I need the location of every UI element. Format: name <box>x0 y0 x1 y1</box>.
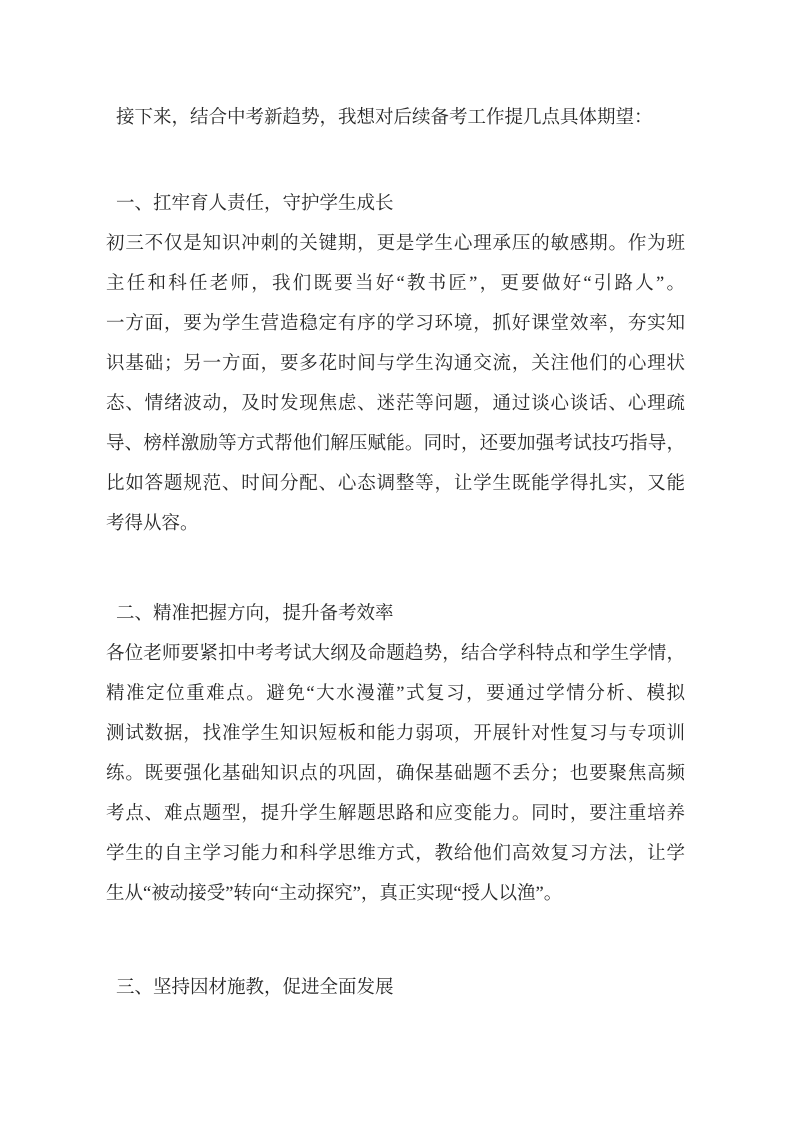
section-gap <box>106 544 685 594</box>
body-line-paragraph-end: 生从“被动接受”转向“主动探究”，真正实现“授人以渔”。 <box>106 874 685 914</box>
document-page: 接下来，结合中考新趋势，我想对后续备考工作提几点具体期望： 一、扛牢育人责任，守… <box>0 0 793 1122</box>
section-gap <box>106 914 685 968</box>
body-line: 考点、难点题型，提升学生解题思路和应变能力。同时，要注重培养 <box>106 794 685 834</box>
body-line: 初三不仅是知识冲刺的关键期，更是学生心理承压的敏感期。作为班 <box>106 224 685 264</box>
body-line: 各位老师要紧扣中考考试大纲及命题趋势，结合学科特点和学生学情， <box>106 634 685 674</box>
section-1-heading: 一、扛牢育人责任，守护学生成长 <box>106 184 685 224</box>
body-line: 识基础；另一方面，要多花时间与学生沟通交流，关注他们的心理状 <box>106 344 685 384</box>
section-3-heading: 三、坚持因材施教，促进全面发展 <box>106 968 685 1008</box>
body-line-paragraph-end: 考得从容。 <box>106 504 685 544</box>
body-line: 导、榜样激励等方式帮他们解压赋能。同时，还要加强考试技巧指导， <box>106 424 685 464</box>
body-line: 学生的自主学习能力和科学思维方式，教给他们高效复习方法，让学 <box>106 834 685 874</box>
body-line: 测试数据，找准学生知识短板和能力弱项，开展针对性复习与专项训 <box>106 714 685 754</box>
section-2-heading: 二、精准把握方向，提升备考效率 <box>106 594 685 634</box>
body-line: 比如答题规范、时间分配、心态调整等，让学生既能学得扎实，又能 <box>106 464 685 504</box>
section-gap <box>106 138 685 184</box>
body-line: 练。既要强化基础知识点的巩固，确保基础题不丢分；也要聚焦高频 <box>106 754 685 794</box>
body-line: 精准定位重难点。避免“大水漫灌”式复习，要通过学情分析、模拟 <box>106 674 685 714</box>
body-line: 态、情绪波动，及时发现焦虑、迷茫等问题，通过谈心谈话、心理疏 <box>106 384 685 424</box>
intro-paragraph: 接下来，结合中考新趋势，我想对后续备考工作提几点具体期望： <box>106 98 685 138</box>
body-line: 主任和科任老师，我们既要当好“教书匠”，更要做好“引路人”。 <box>106 264 685 304</box>
body-line: 一方面，要为学生营造稳定有序的学习环境，抓好课堂效率，夯实知 <box>106 304 685 344</box>
